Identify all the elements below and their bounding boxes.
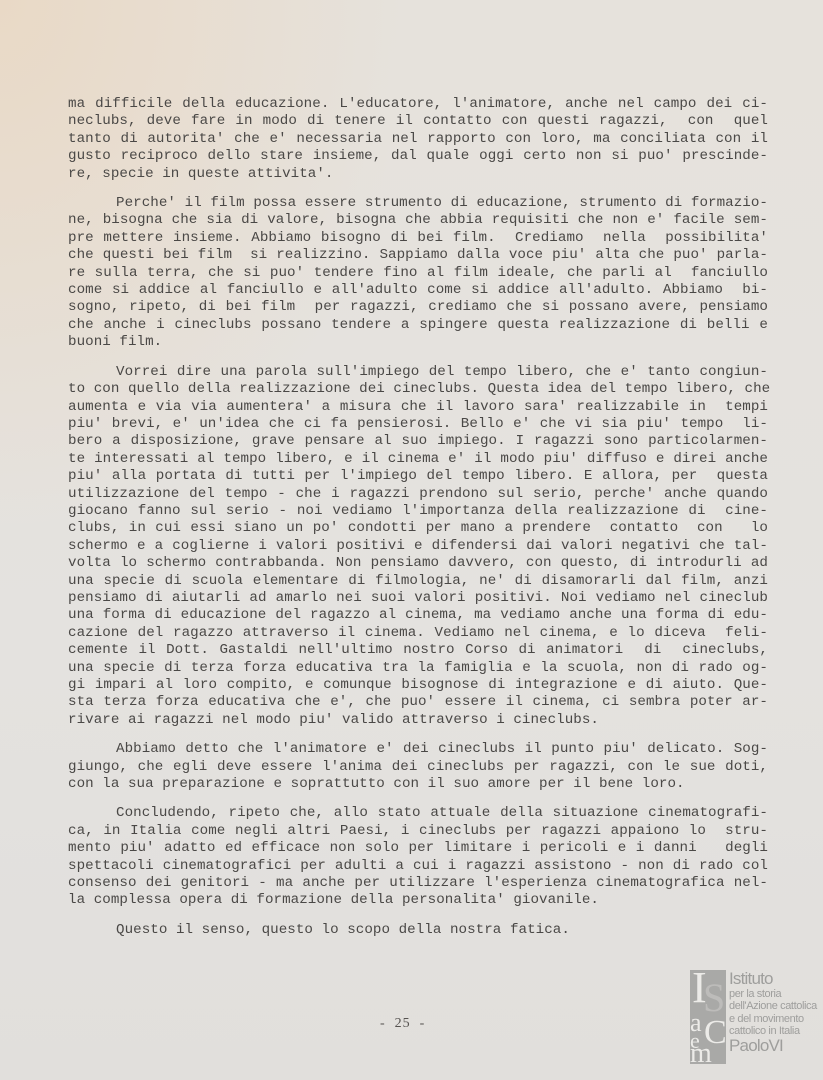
paragraph-6: Questo il senso, questo lo scopo della n…	[68, 922, 768, 939]
text-line: utilizzazione del tempo - che i ragazzi …	[68, 486, 768, 503]
text-line: una specie di terza forza educativa tra …	[68, 660, 768, 677]
text-line: tanto di autorita' che e' necessaria nel…	[68, 131, 768, 148]
text-line: giungo, che egli deve essere l'anima dei…	[68, 759, 768, 776]
text-line: Vorrei dire una parola sull'impiego del …	[68, 364, 768, 381]
paragraph-1: ma difficile della educazione. L'educato…	[68, 96, 768, 183]
text-line: gusto reciproco dello stare insieme, dal…	[68, 148, 768, 165]
text-line: mento piu' adatto ed efficace non solo p…	[68, 840, 768, 857]
text-line: come si addice al fanciullo e all'adulto…	[68, 282, 768, 299]
text-line: te interessati al tempo libero, e il cin…	[68, 451, 768, 468]
paragraph-4: Abbiamo detto che l'animatore e' dei cin…	[68, 741, 768, 793]
paragraph-5: Concludendo, ripeto che, allo stato attu…	[68, 805, 768, 909]
text-line: Concludendo, ripeto che, allo stato attu…	[68, 805, 768, 822]
text-line: aumenta e via via aumentera' a misura ch…	[68, 399, 768, 416]
text-line: consenso dei genitori - ma anche per uti…	[68, 875, 768, 892]
text-line: ca, in Italia come negli altri Paesi, i …	[68, 823, 768, 840]
text-line: re sulla terra, che si puo' tendere fino…	[68, 265, 768, 282]
text-line: piu' alla portata di tutti per l'impiego…	[68, 468, 768, 485]
text-line: giocano fanno sul serio - noi vediamo l'…	[68, 503, 768, 520]
text-line: to con quello della realizzazione dei ci…	[68, 381, 768, 398]
text-line: pre mettere insieme. Abbiamo bisogno di …	[68, 230, 768, 247]
text-line: buoni film.	[68, 334, 768, 351]
text-line: volta lo schermo contrabbanda. Non pensi…	[68, 555, 768, 572]
text-line: gi impari al loro compito, e comunque bi…	[68, 677, 768, 694]
text-line: cemente il Dott. Gastaldi nell'ultimo no…	[68, 642, 768, 659]
text-line: ne, bisogna che sia di valore, bisogna c…	[68, 212, 768, 229]
text-line: rivare ai ragazzi nel modo piu' valido a…	[68, 712, 768, 729]
text-line: pensiamo di aiutarli ad amarlo nei suoi …	[68, 590, 768, 607]
text-line: che anche i cineclubs possano tendere a …	[68, 317, 768, 334]
text-line: una forma di educazione del ragazzo al c…	[68, 607, 768, 624]
text-line: che questi bei film si realizzino. Sappi…	[68, 247, 768, 264]
text-line: sogno, ripeto, di bei film per ragazzi, …	[68, 299, 768, 316]
text-line: Questo il senso, questo lo scopo della n…	[68, 922, 768, 939]
text-line: clubs, in cui essi siano un po' condotti…	[68, 520, 768, 537]
isacem-monogram-icon: I S a e C m	[690, 970, 726, 1064]
text-line: Abbiamo detto che l'animatore e' dei cin…	[68, 741, 768, 758]
text-line: spettacoli cinematografici per adulti a …	[68, 858, 768, 875]
text-line: una specie di scuola elementare di filmo…	[68, 573, 768, 590]
paragraph-3: Vorrei dire una parola sull'impiego del …	[68, 364, 768, 730]
text-line: cazione del ragazzo attraverso il cinema…	[68, 625, 768, 642]
text-line: bero a disposizione, grave pensare al su…	[68, 433, 768, 450]
paragraph-2: Perche' il film possa essere strumento d…	[68, 195, 768, 352]
page-number: - 25 -	[380, 1016, 425, 1032]
text-line: sta terza forza educativa che e', che pu…	[68, 694, 768, 711]
text-line: neclubs, deve fare in modo di tenere il …	[68, 113, 768, 130]
document-page: ma difficile della educazione. L'educato…	[68, 96, 768, 951]
text-line: schermo e a coglierne i valori positivi …	[68, 538, 768, 555]
text-line: piu' brevi, e' un'idea che ci fa pensier…	[68, 416, 768, 433]
text-line: Perche' il film possa essere strumento d…	[68, 195, 768, 212]
text-line: ma difficile della educazione. L'educato…	[68, 96, 768, 113]
text-line: con la sua preparazione e soprattutto co…	[68, 776, 768, 793]
isacem-watermark-logo: I S a e C m Istituto per la storia dell'…	[690, 970, 820, 1070]
isacem-logo-text: Istituto per la storia dell'Azione catto…	[726, 970, 817, 1070]
text-line: la complessa opera di formazione della p…	[68, 892, 768, 909]
text-line: re, specie in queste attivita'.	[68, 166, 768, 183]
